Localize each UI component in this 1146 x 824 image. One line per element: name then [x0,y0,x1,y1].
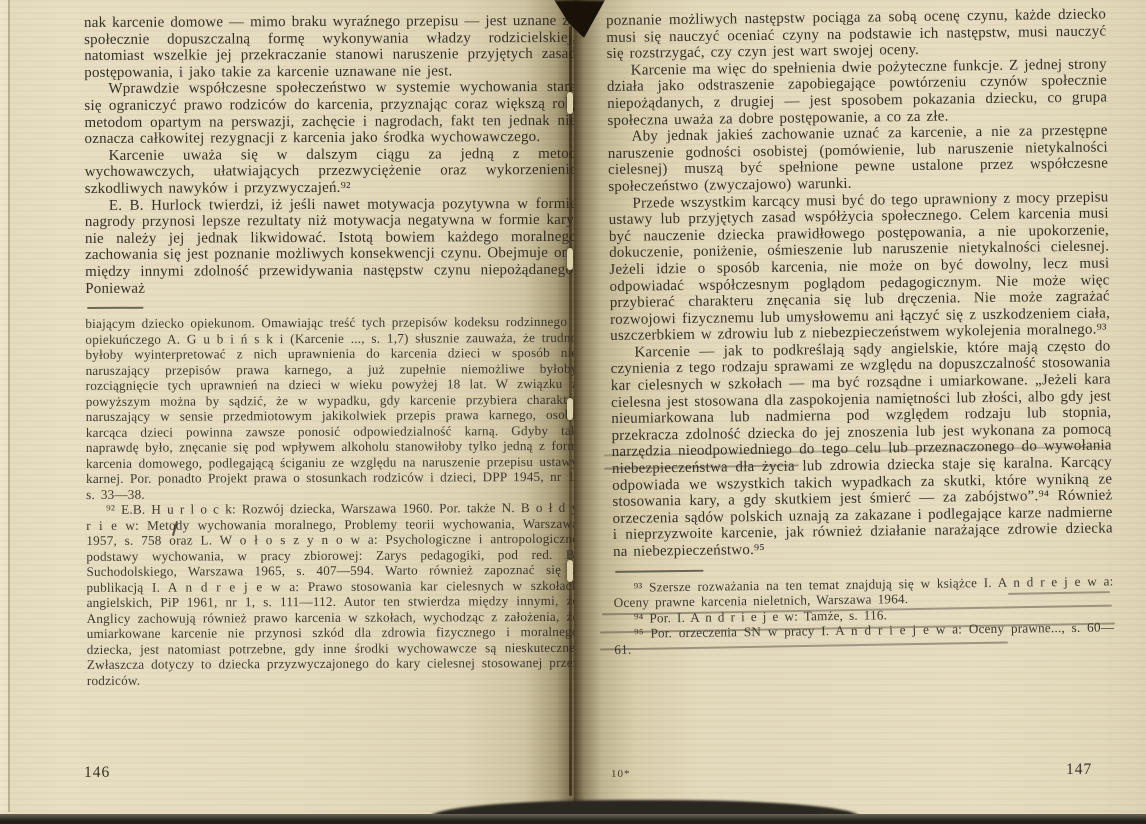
page-number-left: 146 [84,764,110,782]
page-number-right: 147 [1066,761,1092,779]
footnote: ⁹² E.B. H u r l o c k: Rozwój dziecka, W… [86,500,579,688]
stitch-thread [567,398,573,420]
paragraph: poznanie możliwych następstw pociąga za … [606,6,1107,62]
page-edge-line [8,0,10,812]
stitch-thread [567,560,573,582]
left-page-outer-margin [0,0,8,812]
paragraph: Przede wszystkim karcący musi być do teg… [608,189,1110,345]
footnote-separator [87,307,143,309]
paragraph: nak karcenie domowe — mimo braku wyraźne… [84,13,576,82]
footnote-separator [615,569,703,572]
book-bottom-edge [0,814,1146,824]
left-page-text-column: nak karcenie domowe — mimo braku wyraźne… [84,13,579,688]
footnote: biającym dziecko opiekunom. Omawiając tr… [85,314,578,502]
paragraph: Wprawdzie współczesne społeczeństwo w sy… [84,79,576,148]
paragraph: E. B. Hurlock twierdzi, iż jeśli nawet m… [85,195,577,297]
stitch-thread [567,92,573,114]
book-scan: nak karcenie domowe — mimo braku wyraźne… [0,0,1146,824]
right-page-text-column: poznanie możliwych następstw pociąga za … [606,6,1114,657]
stitch-thread [567,248,573,270]
paragraph: Karcenie uważa się w dalszym ciągu za je… [85,146,577,198]
paragraph: Aby jednak jakieś zachowanie uznać za ka… [608,123,1109,196]
signature-mark: 10* [611,768,631,780]
paragraph: Karcenie ma więc do spełnienia dwie poży… [607,56,1108,129]
